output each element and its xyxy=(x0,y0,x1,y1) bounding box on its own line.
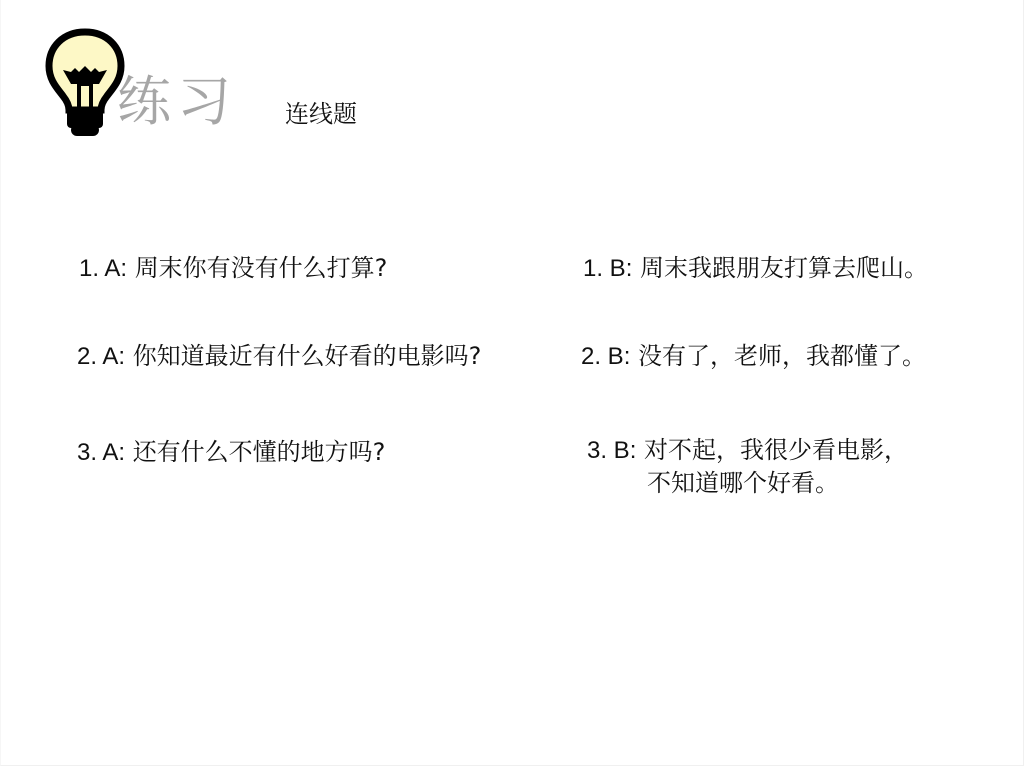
answer-b3-label: 3. B: xyxy=(587,437,636,464)
answer-b1-text: 周末我跟朋友打算去爬山。 xyxy=(640,254,928,282)
question-a1-text: 周末你有没有什么打算? xyxy=(135,254,388,282)
question-a3-text: 还有什么不懂的地方吗? xyxy=(133,438,386,466)
answer-b2-label: 2. B: xyxy=(581,343,630,370)
question-a1-label: 1. A: xyxy=(79,255,127,282)
question-a2: 2. A: 你知道最近有什么好看的电影吗? xyxy=(77,340,481,373)
answer-b2: 2. B: 没有了，老师，我都懂了。 xyxy=(581,340,926,373)
answer-b1: 1. B: 周末我跟朋友打算去爬山。 xyxy=(583,252,928,285)
page-title: 练习 xyxy=(117,70,237,134)
exercise-type-label: 连线题 xyxy=(285,98,357,130)
lightbulb-icon xyxy=(45,28,125,140)
answer-b3: 3. B: 对不起，我很少看电影， 不知道哪个好看。 xyxy=(587,434,908,499)
question-a1: 1. A: 周末你有没有什么打算? xyxy=(79,252,387,285)
question-a3-label: 3. A: xyxy=(77,439,125,466)
question-a2-text: 你知道最近有什么好看的电影吗? xyxy=(133,342,482,370)
answer-b3-text: 对不起，我很少看电影， xyxy=(644,436,908,464)
question-a3: 3. A: 还有什么不懂的地方吗? xyxy=(77,436,385,469)
slide: 练习 连线题 1. A: 周末你有没有什么打算? 2. A: 你知道最近有什么好… xyxy=(0,0,1024,766)
answer-b2-text: 没有了，老师，我都懂了。 xyxy=(638,342,926,370)
answer-b3-text-line2: 不知道哪个好看。 xyxy=(587,467,908,499)
answer-b1-label: 1. B: xyxy=(583,255,632,282)
question-a2-label: 2. A: xyxy=(77,343,125,370)
